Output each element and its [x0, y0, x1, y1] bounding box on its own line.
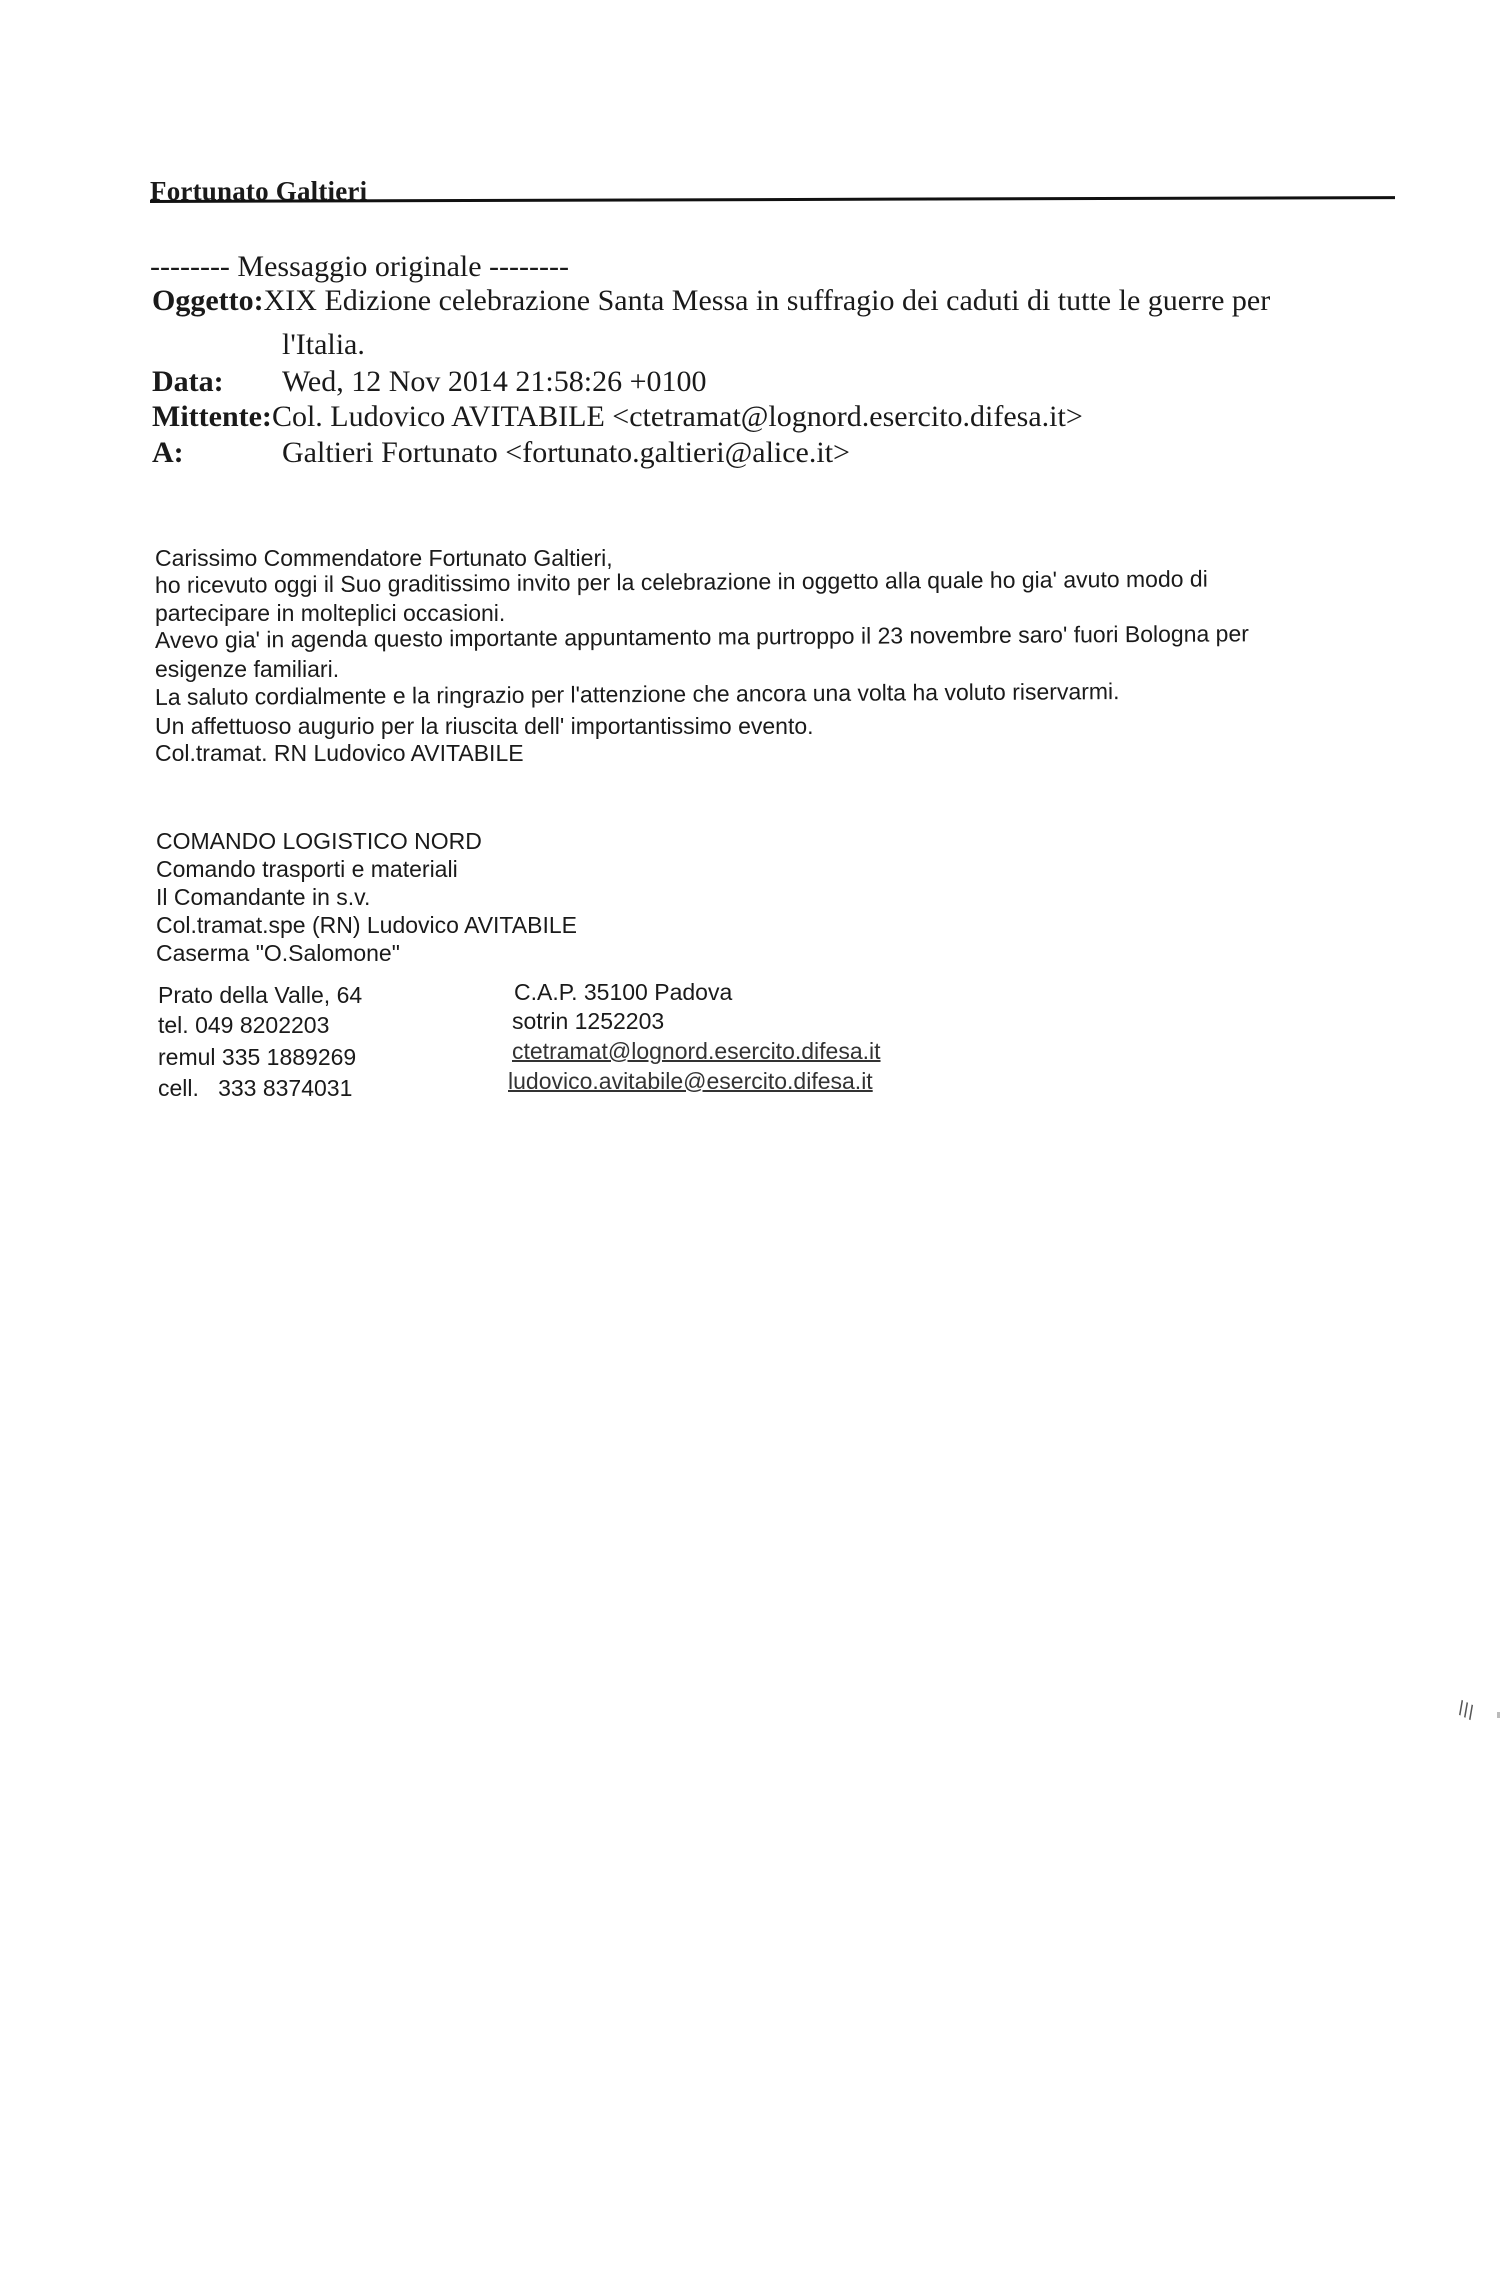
subject-value-cont: l'Italia. [282, 328, 365, 361]
signature-line: Caserma "O.Salomone" [156, 940, 400, 967]
recipient-value: Galtieri Fortunato <fortunato.galtieri@a… [282, 436, 850, 470]
scan-artifact-dot [1497, 1712, 1500, 1718]
sotrin-line: sotrin 1252203 [512, 1008, 664, 1035]
email-link-ctetramat[interactable]: ctetramat@lognord.esercito.difesa.it [512, 1038, 881, 1065]
email-link-avitabile[interactable]: ludovico.avitabile@esercito.difesa.it [508, 1068, 873, 1095]
signature-line: Il Comandante in s.v. [156, 884, 370, 911]
header-label: Mittente: [152, 400, 272, 434]
address-line: Prato della Valle, 64 [158, 982, 362, 1009]
sender-value: Col. Ludovico AVITABILE <ctetramat@logno… [272, 400, 1083, 434]
body-line: Carissimo Commendatore Fortunato Galtier… [155, 545, 613, 572]
subject-value: XIX Edizione celebrazione Santa Messa in… [264, 284, 1271, 318]
body-line: Col.tramat. RN Ludovico AVITABILE [155, 740, 524, 767]
signature-line: Comando trasporti e materiali [156, 856, 458, 883]
original-message-label: -------- Messaggio originale -------- [150, 250, 569, 284]
remul-line: remul 335 1889269 [158, 1044, 356, 1071]
phone-line: tel. 049 8202203 [158, 1012, 329, 1039]
signature-line: Col.tramat.spe (RN) Ludovico AVITABILE [156, 912, 577, 939]
body-line: partecipare in molteplici occasioni. [155, 600, 505, 627]
header-subject-cont: l'Italia. [282, 328, 365, 362]
header-subject: Oggetto:XIX Edizione celebrazione Santa … [152, 284, 1270, 318]
header-label: Oggetto: [152, 284, 264, 318]
date-value: Wed, 12 Nov 2014 21:58:26 +0100 [282, 365, 706, 399]
body-line: esigenze familiari. [155, 656, 339, 683]
header-label: A: [152, 436, 282, 470]
signature-line: COMANDO LOGISTICO NORD [156, 828, 482, 855]
scan-artifact-mark: \\\ [1453, 1698, 1478, 1726]
header-sender: Mittente:Col. Ludovico AVITABILE <ctetra… [152, 400, 1083, 434]
header-date: Data:Wed, 12 Nov 2014 21:58:26 +0100 [152, 365, 706, 399]
body-line: Un affettuoso augurio per la riuscita de… [155, 713, 814, 740]
body-line: ho ricevuto oggi il Suo graditissimo inv… [155, 566, 1208, 599]
postal-code-line: C.A.P. 35100 Padova [514, 979, 732, 1006]
header-label: Data: [152, 365, 282, 399]
header-recipient: A:Galtieri Fortunato <fortunato.galtieri… [152, 436, 850, 470]
body-line: La saluto cordialmente e la ringrazio pe… [155, 678, 1120, 711]
cell-line: cell. 333 8374031 [158, 1075, 352, 1102]
body-line: Avevo gia' in agenda questo importante a… [155, 620, 1249, 654]
